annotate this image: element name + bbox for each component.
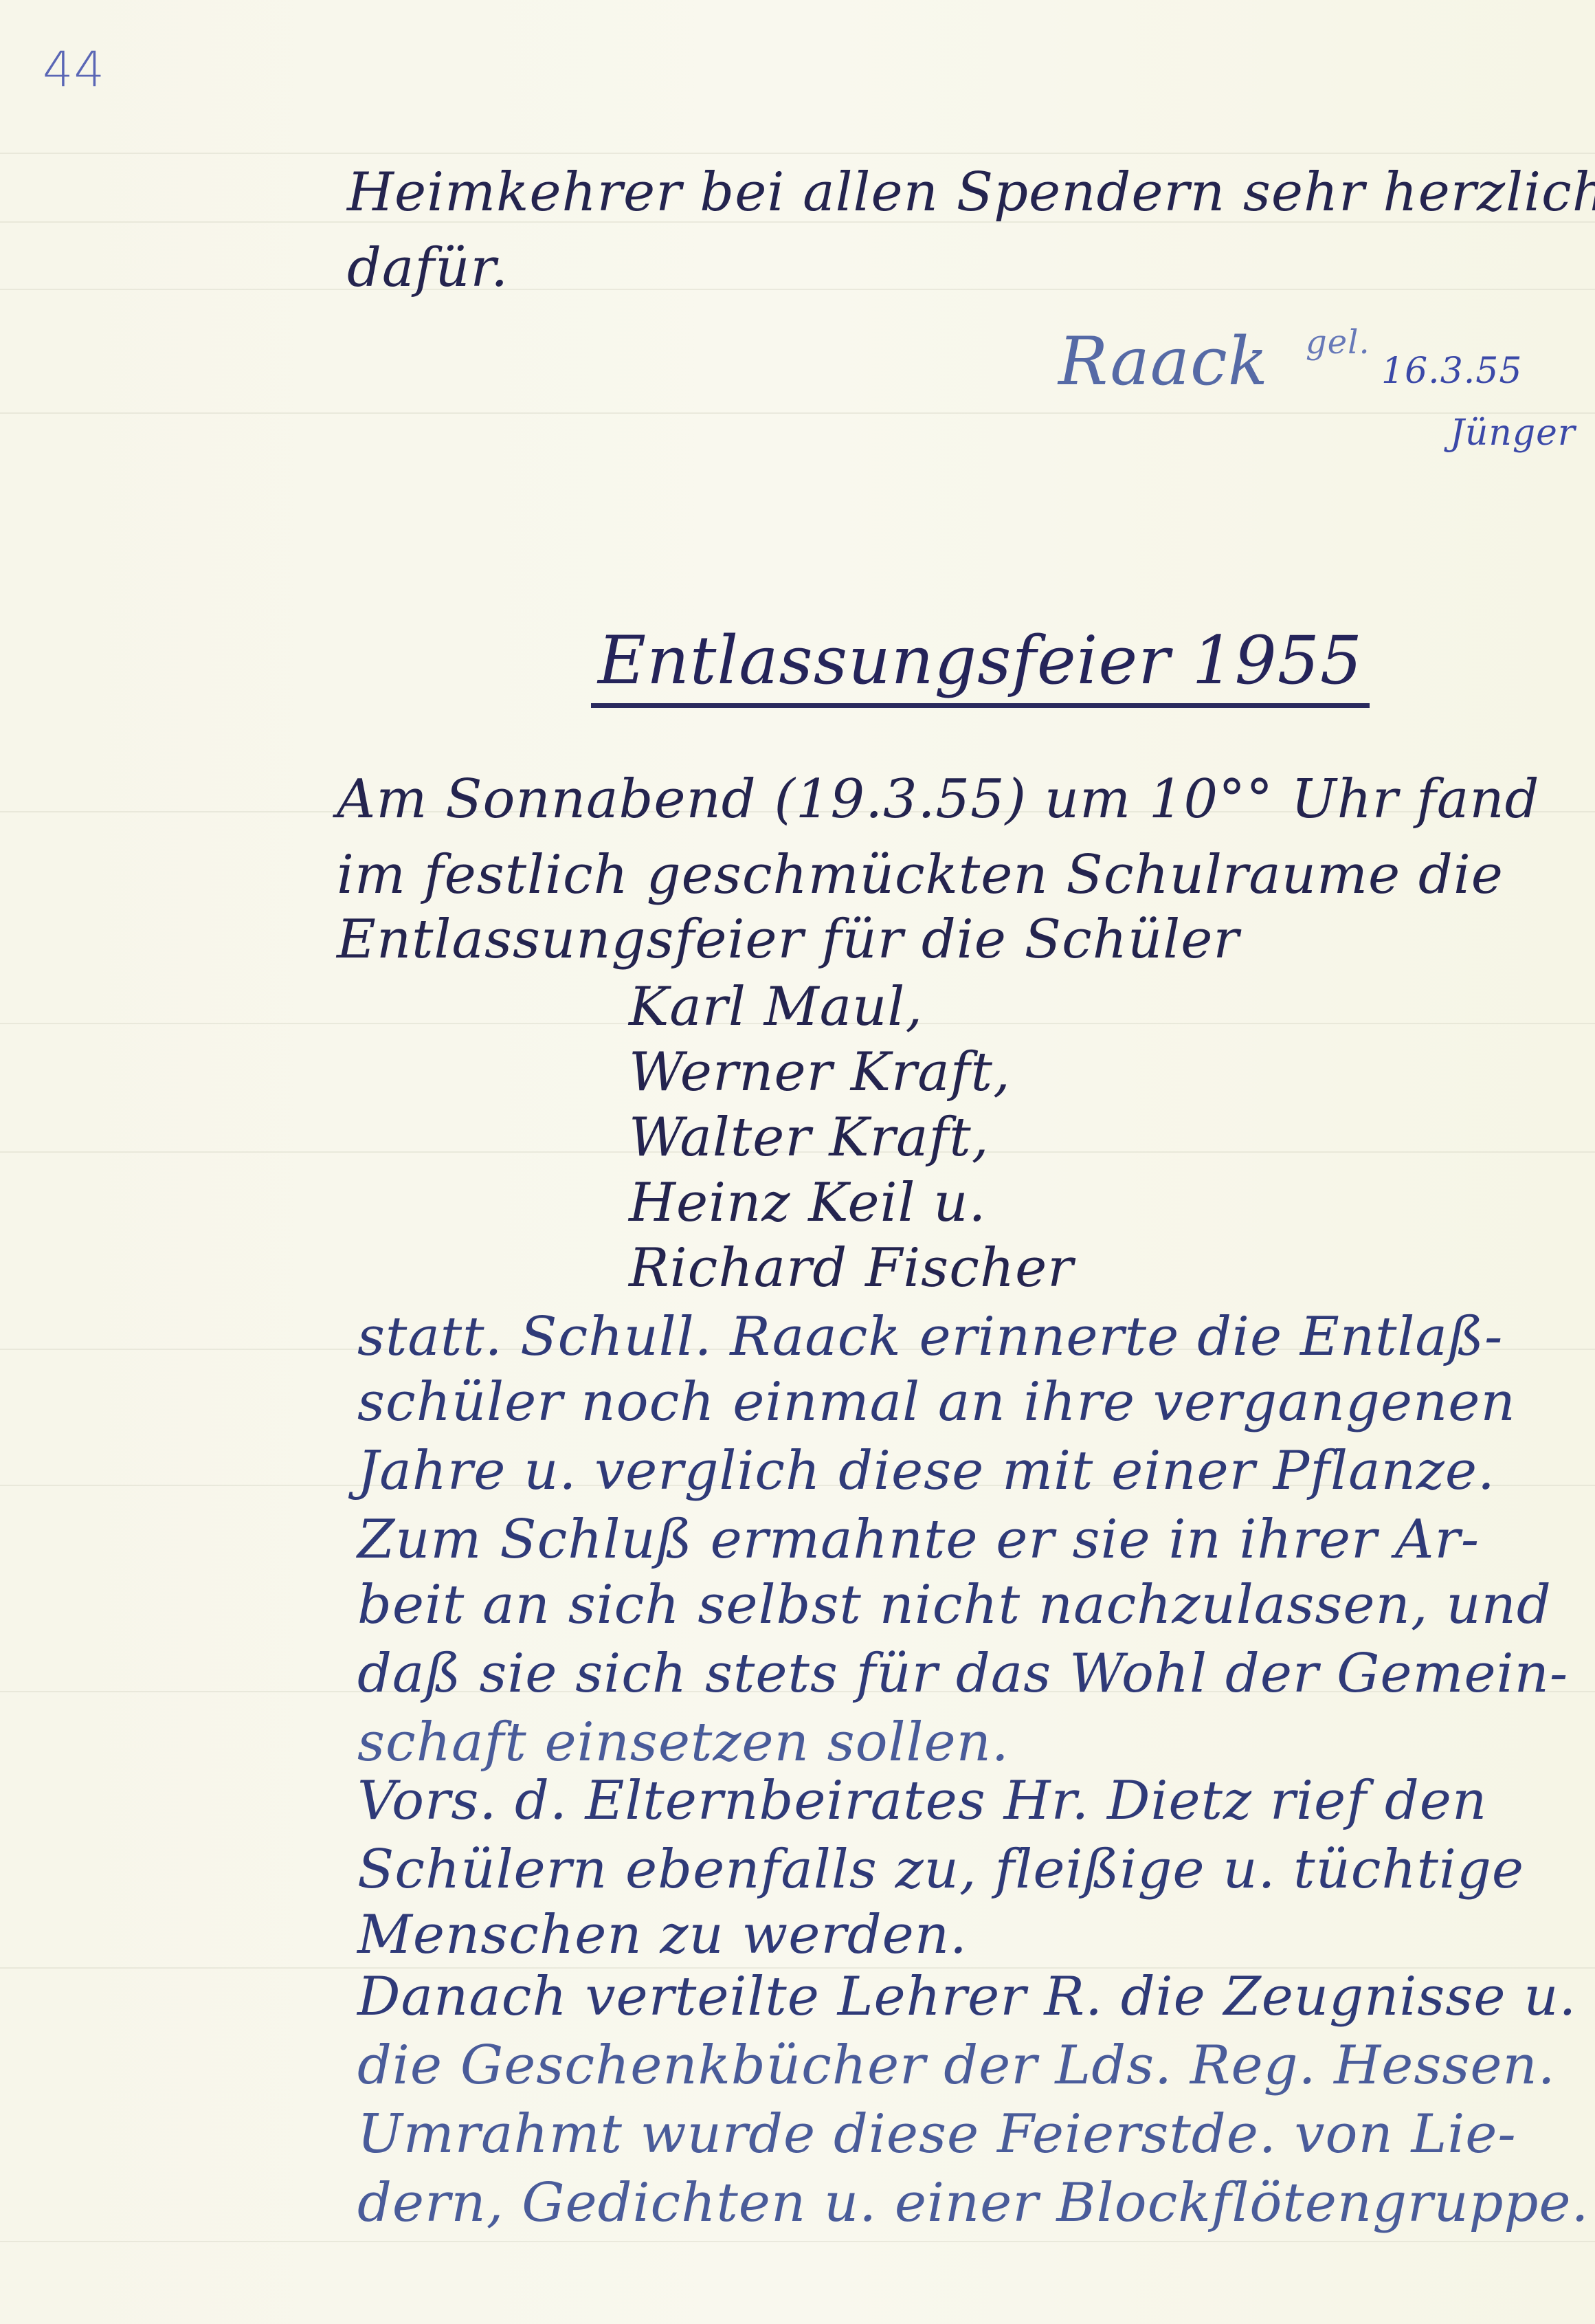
text-line: Am Sonnabend (19.3.55) um 10°° Uhr fand [337, 768, 1540, 830]
text-line: beit an sich selbst nicht nachzulassen, … [357, 1574, 1552, 1636]
text-line: Danach verteilte Lehrer R. die Zeugnisse… [357, 1966, 1576, 2028]
text-line: statt. Schull. Raack erinnerte die Entla… [357, 1306, 1503, 1368]
notebook-page: 44 Heimkehrer bei allen Spendern sehr he… [0, 0, 1595, 2324]
signature-raack: Raack [1058, 323, 1269, 400]
student-name: Heinz Keil u. [629, 1172, 986, 1234]
text-line: Menschen zu werden. [357, 1904, 968, 1966]
text-line: schüler noch einmal an ihre vergangenen [357, 1371, 1516, 1433]
text-line: im festlich geschmückten Schulraume die [337, 844, 1504, 906]
section-title: Entlassungsfeier 1955 [591, 622, 1370, 708]
ruled-line [0, 2241, 1595, 2242]
text-line: Schülern ebenfalls zu, fleißige u. tücht… [357, 1839, 1524, 1901]
text-line: die Geschenkbücher der Lds. Reg. Hessen. [357, 2035, 1556, 2096]
text-line: schaft einsetzen sollen. [357, 1712, 1010, 1773]
text-line: dern, Gedichten u. einer Blockflötengrup… [357, 2172, 1589, 2234]
text-line: daß sie sich stets für das Wohl der Geme… [357, 1643, 1568, 1705]
approval-date: 16.3.55 [1381, 351, 1522, 392]
text-line: Jahre u. verglich diese mit einer Pflanz… [357, 1440, 1495, 1502]
student-name: Walter Kraft, [629, 1107, 990, 1169]
text-line: Entlassungsfeier für die Schüler [337, 909, 1240, 971]
student-name: Richard Fischer [629, 1237, 1074, 1299]
student-name: Karl Maul, [629, 976, 923, 1038]
text-line: Vors. d. Elternbeirates Hr. Dietz rief d… [357, 1770, 1487, 1832]
approval-initials: Jünger [1450, 412, 1576, 454]
ruled-line [0, 412, 1595, 414]
text-line: Umrahmt wurde diese Feierstde. von Lie- [357, 2103, 1517, 2165]
approval-label: gel. [1306, 323, 1370, 362]
student-name: Werner Kraft, [629, 1041, 1011, 1103]
ruled-line [0, 153, 1595, 154]
ruled-line [0, 289, 1595, 290]
intro-line: dafür. [347, 237, 509, 299]
text-line: Zum Schluß ermahnte er sie in ihrer Ar- [357, 1509, 1480, 1571]
page-number: 44 [43, 41, 105, 98]
intro-line: Heimkehrer bei allen Spendern sehr herzl… [347, 162, 1595, 223]
